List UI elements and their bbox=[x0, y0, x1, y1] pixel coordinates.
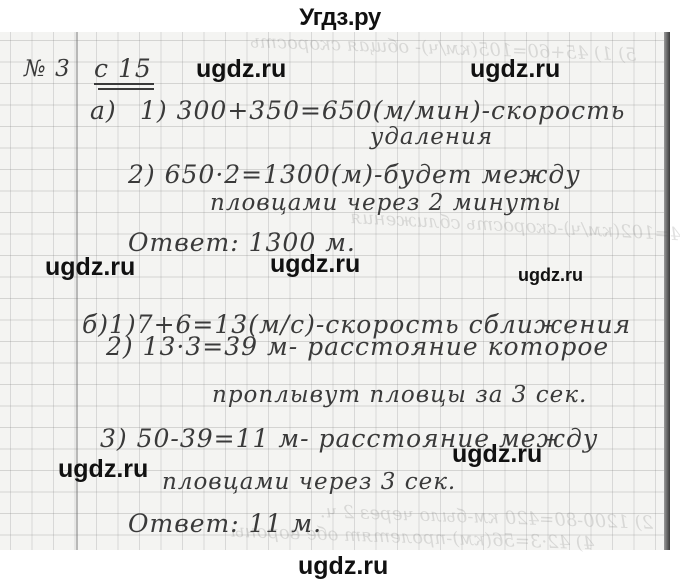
bleed-through-text: 5) 1) 45+60=105(км/ч)- общая скорость bbox=[250, 31, 637, 65]
watermark: ugdz.ru bbox=[470, 55, 560, 84]
watermark: ugdz.ru bbox=[518, 265, 583, 286]
part-b-step-2-cont: проплывут пловцы за 3 сек. bbox=[212, 382, 587, 408]
watermark: ugdz.ru bbox=[270, 250, 360, 279]
site-title: Угдз.ру bbox=[0, 4, 680, 32]
watermark: ugdz.ru bbox=[298, 552, 388, 581]
part-a-label: а) bbox=[90, 96, 117, 125]
watermark: ugdz.ru bbox=[58, 455, 148, 484]
part-b-step-3-cont: пловцами через 3 сек. bbox=[162, 469, 456, 495]
page-ref-underline bbox=[98, 88, 154, 90]
part-b-step-2: 2) 13·3=39 м- расстояние которое bbox=[106, 332, 609, 361]
watermark: ugdz.ru bbox=[45, 253, 135, 282]
task-number: № 3 bbox=[24, 56, 71, 82]
watermark: ugdz.ru bbox=[452, 440, 542, 469]
watermark: ugdz.ru bbox=[196, 55, 286, 84]
page-ref-underline bbox=[94, 83, 154, 85]
part-a-step-1-cont: удаления bbox=[370, 124, 493, 150]
page-reference: с 15 bbox=[94, 54, 152, 83]
page-edge bbox=[664, 32, 670, 550]
part-a-step-2: 2) 650·2=1300(м)-будет между bbox=[128, 160, 581, 189]
part-a-step-2-cont: пловцами через 2 минуты bbox=[210, 190, 562, 216]
part-b-answer: Ответ: 11 м. bbox=[128, 509, 322, 538]
part-a-step-1: 1) 300+350=650(м/мин)-скорость bbox=[140, 96, 625, 125]
